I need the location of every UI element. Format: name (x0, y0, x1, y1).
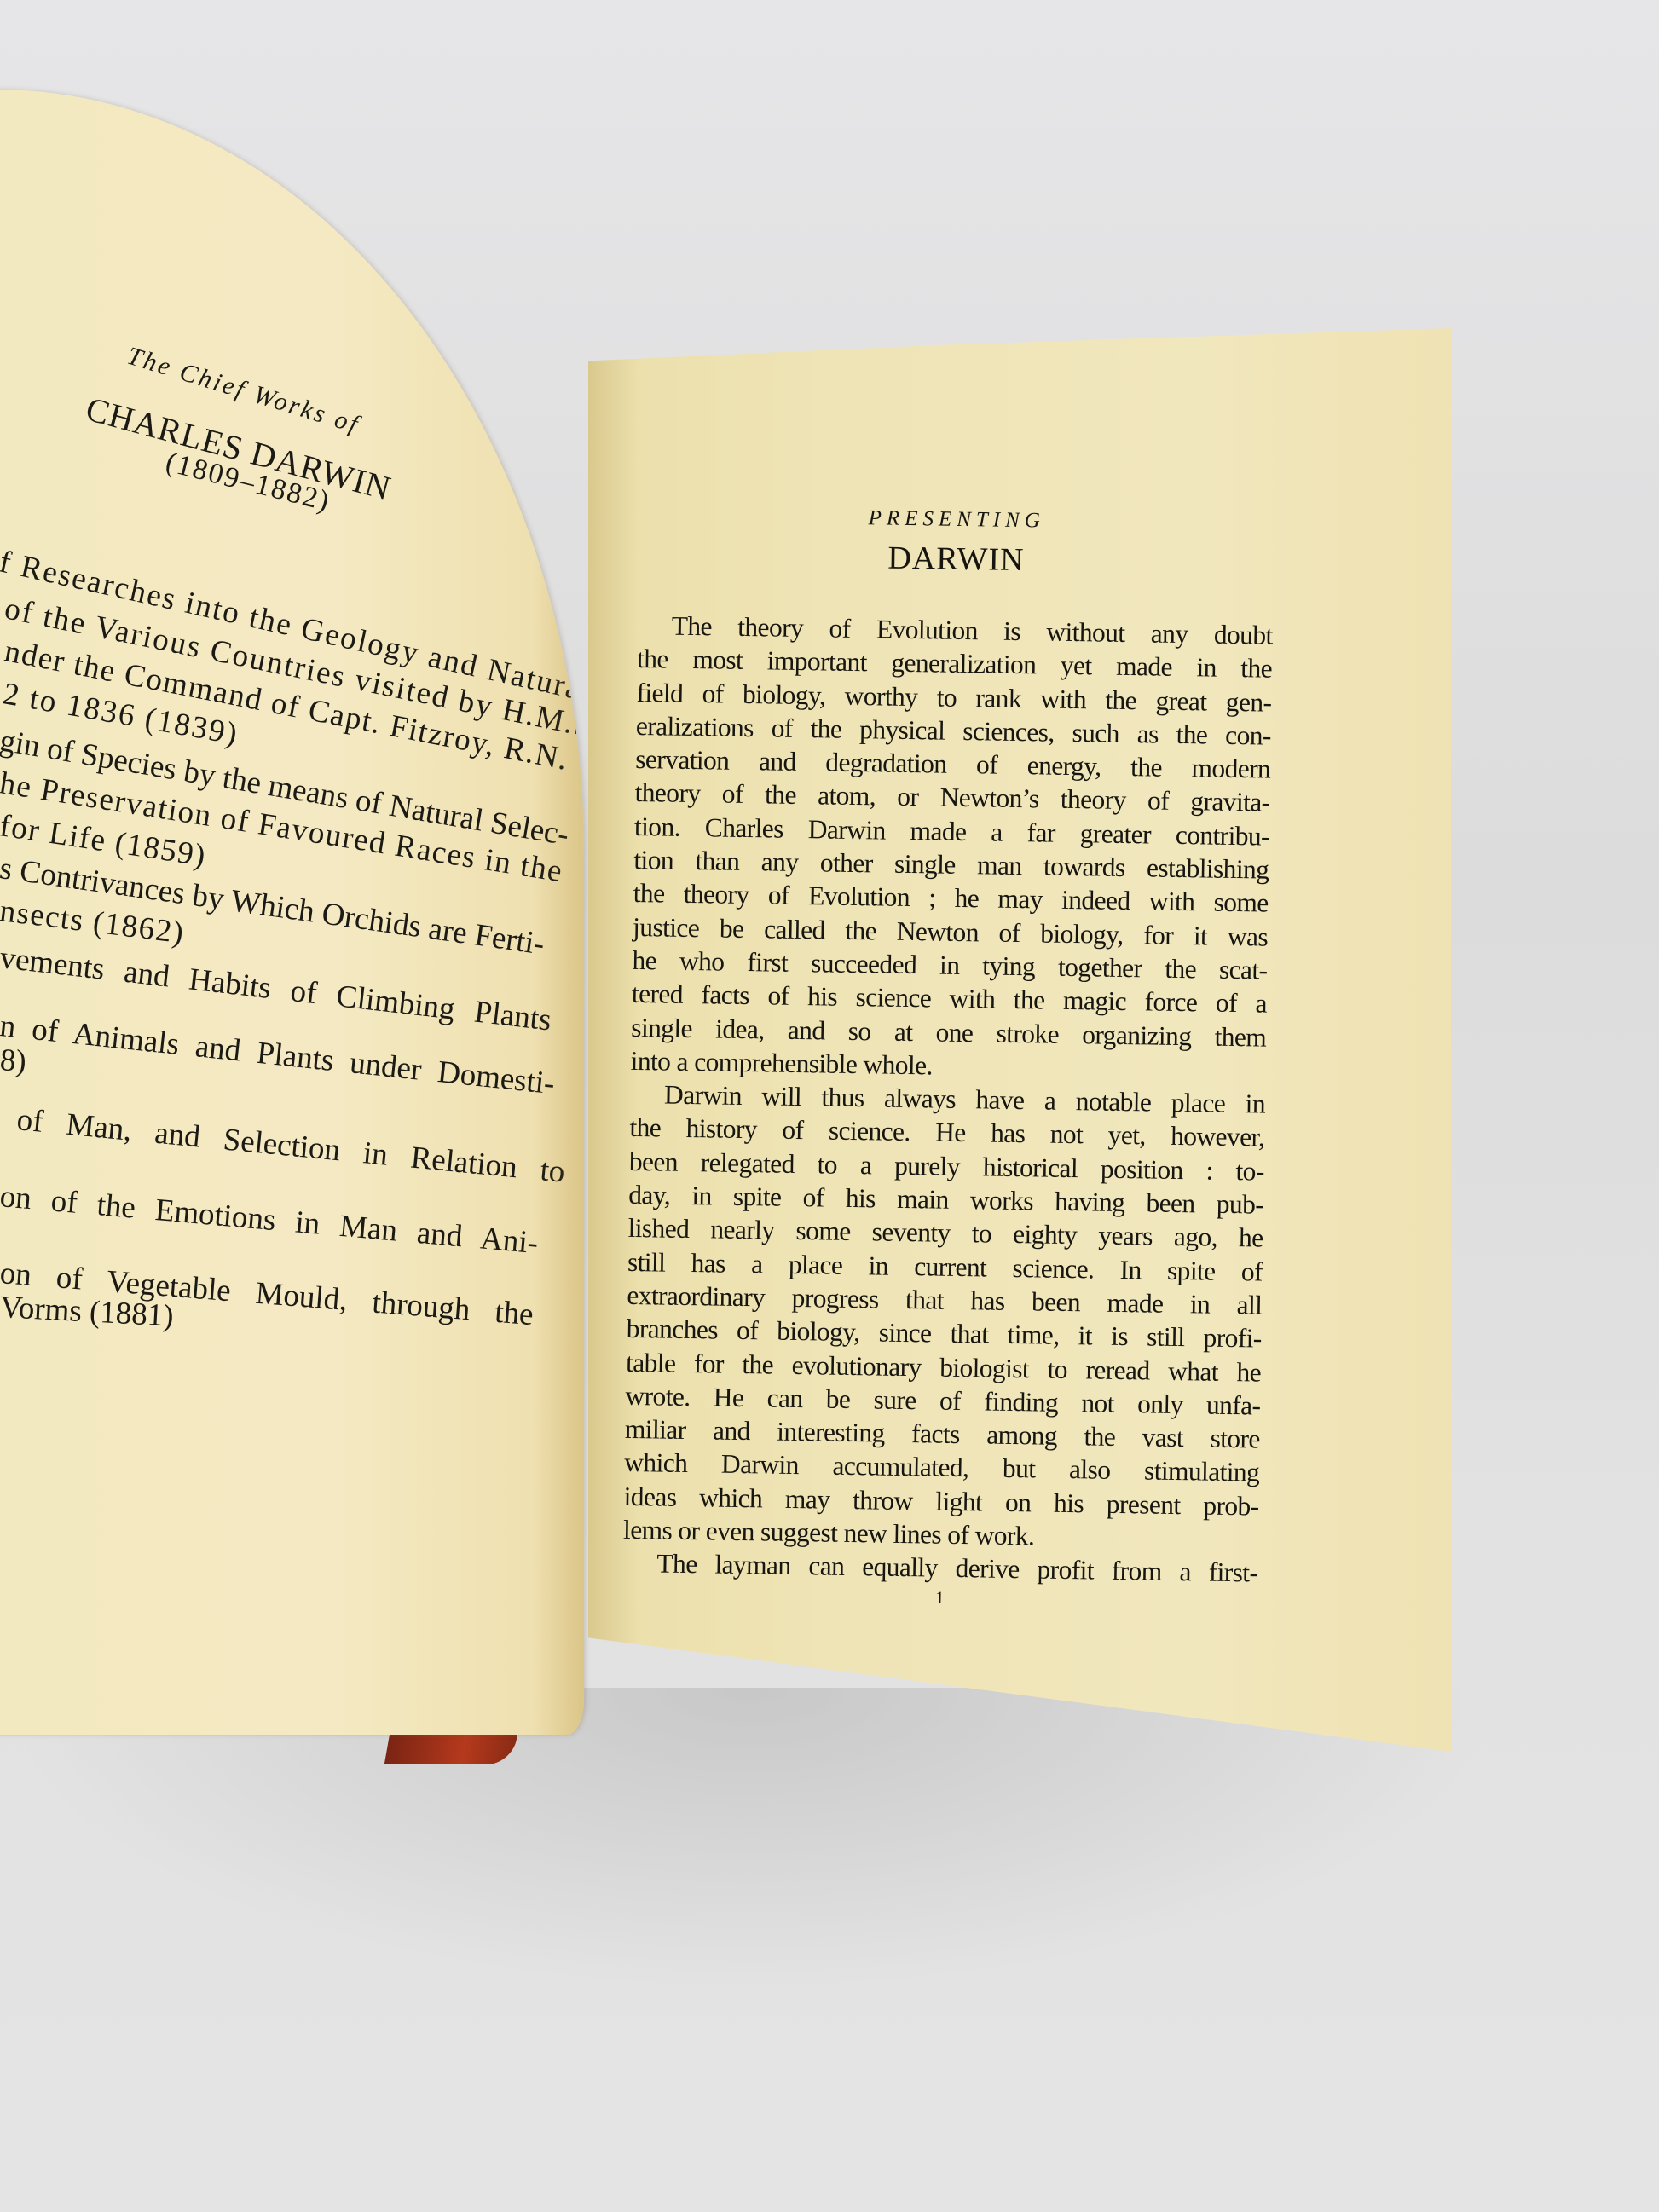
paragraph-2: Darwin will thus always have a notable p… (623, 1077, 1266, 1556)
chapter-title: DARWIN (639, 535, 1275, 583)
right-page-text: PRESENTING DARWIN The theory of Evolutio… (622, 503, 1275, 1613)
paragraph-1: The theory of Evolution is without any d… (630, 609, 1273, 1088)
left-page: The Chief Works of CHARLES DARWIN (1809–… (0, 90, 584, 1735)
works-list-line: Vorms (1881) (0, 1291, 175, 1332)
book-photo: The Chief Works of CHARLES DARWIN (1809–… (0, 0, 1659, 2212)
left-page-text: The Chief Works of CHARLES DARWIN (1809–… (0, 90, 584, 1735)
works-list-line: of Man, and Selection in Relation to (15, 1104, 566, 1188)
works-list-line: 8) (0, 1044, 27, 1077)
works-list-line: on of the Emotions in Man and Ani- (0, 1181, 540, 1259)
